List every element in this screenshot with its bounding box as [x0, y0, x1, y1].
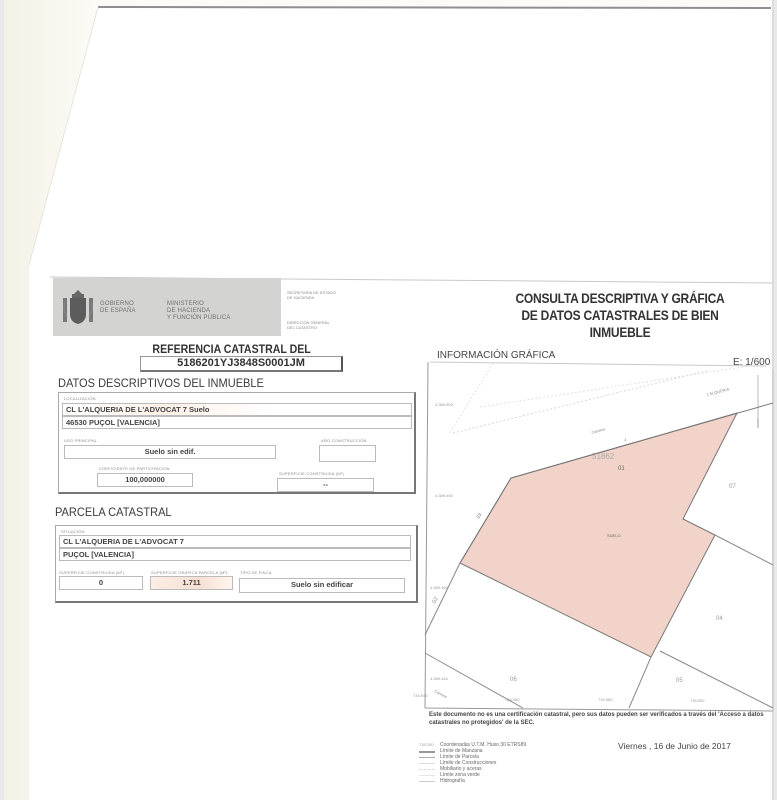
y-coord-label: 4.389.460 [430, 585, 449, 590]
x-coord-label: 734.980 [598, 697, 613, 702]
parcel-polygon [460, 413, 737, 657]
x-coord-label: 734.960 [505, 697, 520, 702]
scanned-document: GOBIERNO DE ESPAÑA MINISTERIO DE HACIEND… [0, 0, 777, 800]
legend-swatch [419, 775, 435, 776]
neighbor-label: 07 [729, 484, 736, 490]
legend-swatch [419, 769, 435, 770]
neighbor-label: 06 [510, 677, 517, 683]
street-label: Camino [434, 688, 449, 699]
legend-swatch [419, 781, 435, 782]
document-date: Viernes , 16 de Junio de 2017 [618, 741, 731, 751]
y-coord-label: 4.389.440 [430, 676, 449, 681]
neighbor-label: 04 [716, 616, 723, 622]
y-coord-label: 4.389.500 [435, 402, 454, 407]
parcel-number-label: 51862 [592, 452, 615, 461]
disclaimer-text: Este documento no es una certificación c… [429, 711, 769, 727]
legend-swatch [419, 763, 435, 764]
street-label: Camino [591, 426, 606, 435]
legend-swatch [419, 757, 435, 758]
street-label: L'ALQUERIA [706, 386, 730, 397]
parcel-sub-label: 01 [618, 466, 625, 472]
neighbor-label: 1 [624, 437, 627, 442]
parcel-use-label: SUELO [607, 533, 621, 538]
neighbor-label: 02 [432, 596, 441, 605]
cadastral-map: 4.389.500 4.389.450 4.389.460 4.389.440 … [0, 0, 777, 800]
y-coord-label: 4.389.450 [435, 493, 454, 498]
neighbor-label: 03 [476, 512, 484, 520]
legend-swatch [419, 751, 435, 753]
x-coord-label: 735.000 [690, 698, 705, 703]
neighbor-label: 05 [676, 678, 683, 684]
x-coord-label: 734.940 [413, 693, 428, 698]
legend-label: Hidrografía [440, 778, 465, 784]
